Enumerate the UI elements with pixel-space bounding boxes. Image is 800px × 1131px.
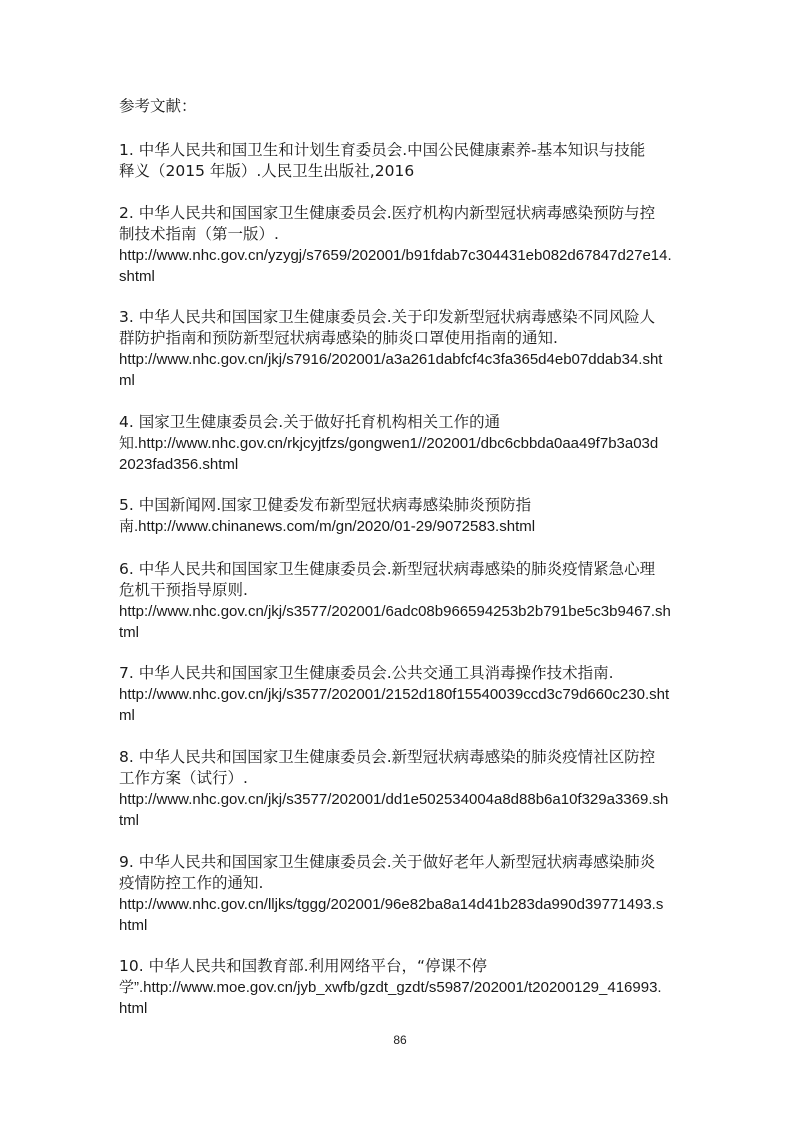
reference-item-8: 8. 中华人民共和国国家卫生健康委员会.新型冠状病毒感染的肺炎疫情社区防控 工作…: [119, 747, 689, 831]
reference-line: 释义（2015 年版）.人民卫生出版社,2016: [119, 161, 689, 182]
reference-url[interactable]: tml: [119, 810, 689, 831]
reference-url[interactable]: 南.http://www.chinanews.com/m/gn/2020/01-…: [119, 516, 689, 537]
reference-url[interactable]: http://www.nhc.gov.cn/jkj/s7916/202001/a…: [119, 349, 689, 370]
reference-line: 10. 中华人民共和国教育部.利用网络平台，“停课不停: [119, 956, 689, 977]
reference-line: 制技术指南（第一版）.: [119, 224, 689, 245]
reference-line: 5. 中国新闻网.国家卫健委发布新型冠状病毒感染肺炎预防指: [119, 495, 689, 516]
reference-line: 9. 中华人民共和国国家卫生健康委员会.关于做好老年人新型冠状病毒感染肺炎: [119, 852, 689, 873]
reference-line: 疫情防控工作的通知.: [119, 873, 689, 894]
reference-line: 8. 中华人民共和国国家卫生健康委员会.新型冠状病毒感染的肺炎疫情社区防控: [119, 747, 689, 768]
reference-line: 4. 国家卫生健康委员会.关于做好托育机构相关工作的通: [119, 412, 689, 433]
reference-item-9: 9. 中华人民共和国国家卫生健康委员会.关于做好老年人新型冠状病毒感染肺炎 疫情…: [119, 852, 689, 936]
reference-url[interactable]: 2023fad356.shtml: [119, 454, 689, 475]
reference-item-5: 5. 中国新闻网.国家卫健委发布新型冠状病毒感染肺炎预防指 南.http://w…: [119, 495, 689, 537]
reference-line: 3. 中华人民共和国国家卫生健康委员会.关于印发新型冠状病毒感染不同风险人: [119, 307, 689, 328]
reference-item-4: 4. 国家卫生健康委员会.关于做好托育机构相关工作的通 知.http://www…: [119, 412, 689, 475]
reference-url[interactable]: shtml: [119, 266, 689, 287]
document-page: 参考文献： 1. 中华人民共和国卫生和计划生育委员会.中国公民健康素养-基本知识…: [0, 0, 800, 1131]
reference-line: 危机干预指导原则.: [119, 580, 689, 601]
reference-url[interactable]: http://www.nhc.gov.cn/jkj/s3577/202001/6…: [119, 601, 689, 622]
reference-line: 6. 中华人民共和国国家卫生健康委员会.新型冠状病毒感染的肺炎疫情紧急心理: [119, 559, 689, 580]
reference-item-6: 6. 中华人民共和国国家卫生健康委员会.新型冠状病毒感染的肺炎疫情紧急心理 危机…: [119, 559, 689, 643]
reference-line: 1. 中华人民共和国卫生和计划生育委员会.中国公民健康素养-基本知识与技能: [119, 140, 689, 161]
reference-item-1: 1. 中华人民共和国卫生和计划生育委员会.中国公民健康素养-基本知识与技能 释义…: [119, 140, 689, 182]
reference-url[interactable]: ml: [119, 370, 689, 391]
reference-item-7: 7. 中华人民共和国国家卫生健康委员会.公共交通工具消毒操作技术指南. http…: [119, 663, 689, 726]
reference-url[interactable]: html: [119, 915, 689, 936]
reference-line: 群防护指南和预防新型冠状病毒感染的肺炎口罩使用指南的通知.: [119, 328, 689, 349]
reference-url[interactable]: 学”.http://www.moe.gov.cn/jyb_xwfb/gzdt_g…: [119, 977, 689, 998]
reference-url[interactable]: http://www.nhc.gov.cn/lljks/tggg/202001/…: [119, 894, 689, 915]
reference-item-2: 2. 中华人民共和国国家卫生健康委员会.医疗机构内新型冠状病毒感染预防与控 制技…: [119, 203, 689, 287]
reference-line: 工作方案（试行）.: [119, 768, 689, 789]
reference-url[interactable]: ml: [119, 705, 689, 726]
reference-url[interactable]: html: [119, 998, 689, 1019]
reference-item-3: 3. 中华人民共和国国家卫生健康委员会.关于印发新型冠状病毒感染不同风险人 群防…: [119, 307, 689, 391]
reference-url[interactable]: http://www.nhc.gov.cn/jkj/s3577/202001/d…: [119, 789, 689, 810]
reference-line: 2. 中华人民共和国国家卫生健康委员会.医疗机构内新型冠状病毒感染预防与控: [119, 203, 689, 224]
reference-url[interactable]: 知.http://www.nhc.gov.cn/rkjcyjtfzs/gongw…: [119, 433, 689, 454]
reference-url[interactable]: tml: [119, 622, 689, 643]
reference-line: 7. 中华人民共和国国家卫生健康委员会.公共交通工具消毒操作技术指南.: [119, 663, 689, 684]
reference-item-10: 10. 中华人民共和国教育部.利用网络平台，“停课不停 学”.http://ww…: [119, 956, 689, 1019]
references-heading: 参考文献：: [119, 96, 197, 117]
page-number: 86: [0, 1033, 800, 1047]
reference-url[interactable]: http://www.nhc.gov.cn/jkj/s3577/202001/2…: [119, 684, 689, 705]
reference-url[interactable]: http://www.nhc.gov.cn/yzygj/s7659/202001…: [119, 245, 689, 266]
